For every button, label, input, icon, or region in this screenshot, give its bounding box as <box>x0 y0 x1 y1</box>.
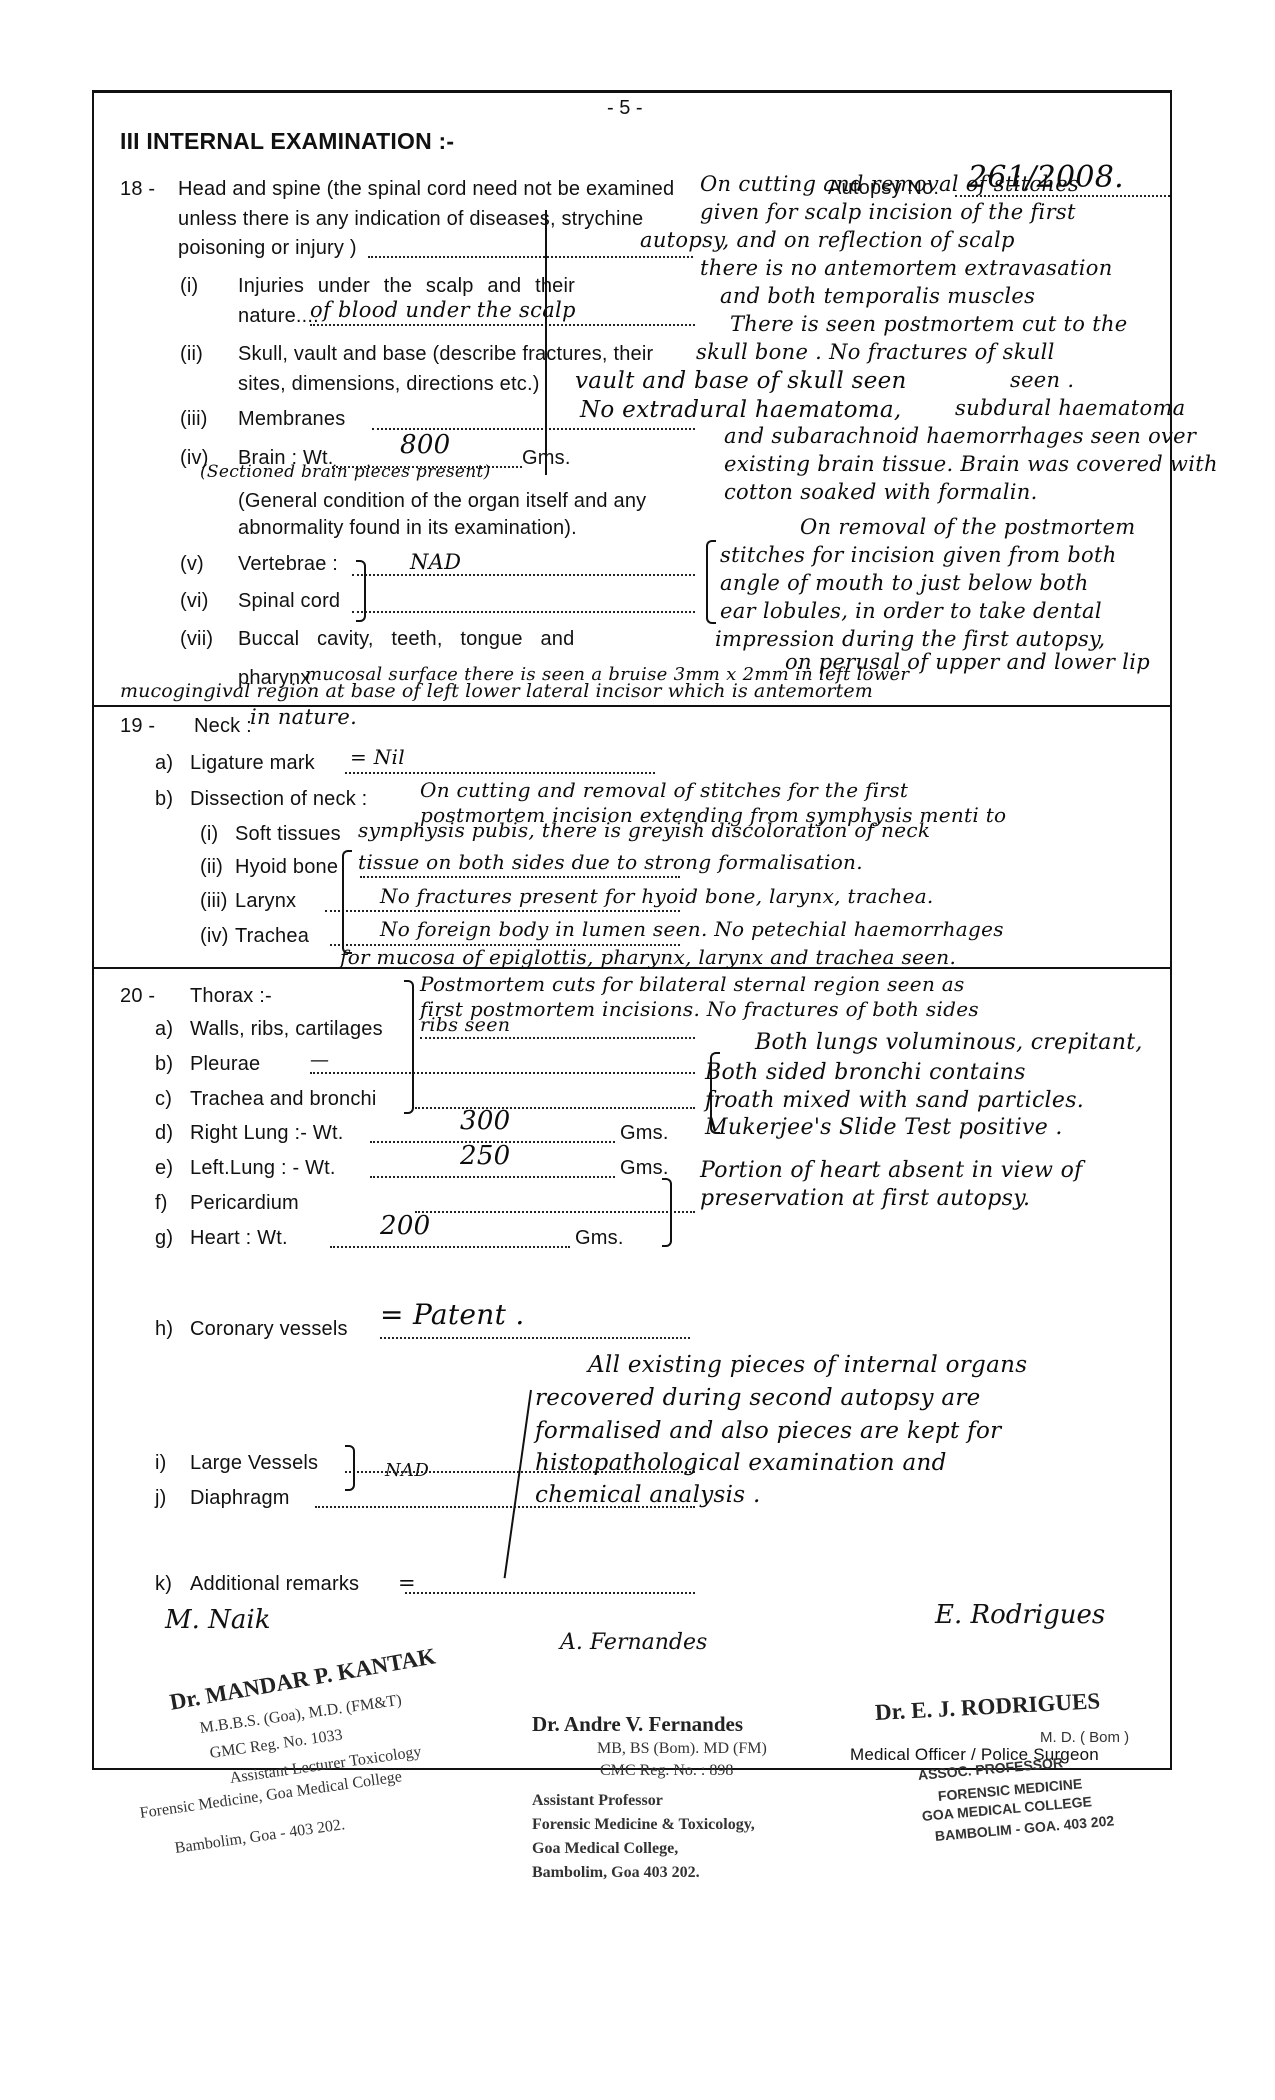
q18-title-line-2: unless there is any indication of diseas… <box>178 208 643 231</box>
q18-i-dots <box>310 324 695 326</box>
neck-item-label: Soft tissues <box>235 823 341 846</box>
stamp-line-fernandes: MB, BS (Bom). MD (FM) <box>597 1740 767 1758</box>
handwritten-line: ear lobules, in order to take dental <box>720 599 1102 623</box>
thorax-item-dots <box>310 1072 695 1074</box>
neck-item-label: Dissection of neck : <box>190 788 367 811</box>
q18-iii-roman: (iii) <box>180 408 208 431</box>
thorax-item-label: Pleurae <box>190 1053 260 1076</box>
thorax-item-letter: k) <box>155 1573 172 1596</box>
heart-bracket <box>662 1178 672 1247</box>
handwritten-line: mucogingival region at base of left lowe… <box>120 680 873 702</box>
handwritten-line: cotton soaked with formalin. <box>724 480 1038 504</box>
thorax-bracket <box>404 980 414 1114</box>
handwritten-line: On cutting and removal of stitches <box>700 172 1079 196</box>
thorax-item-label: Heart : Wt. <box>190 1227 288 1250</box>
thorax-item-label: Additional remarks <box>190 1573 359 1596</box>
thorax-item-letter: d) <box>155 1122 173 1145</box>
stamp-line-kantak: Bambolim, Goa - 403 202. <box>174 1816 346 1858</box>
thorax-note-line: Postmortem cuts for bilateral sternal re… <box>420 972 965 996</box>
remarks-note-line: formalised and also pieces are kept for <box>535 1418 1001 1444</box>
lungs-note-line: Both sided bronchi contains <box>705 1060 1026 1085</box>
thorax-item-value: — <box>310 1049 329 1071</box>
thorax-item-value: = Patent . <box>380 1298 525 1331</box>
thorax-item-label: Coronary vessels <box>190 1318 348 1341</box>
thorax-item-weight: 250 <box>460 1141 511 1171</box>
stamp-line-fernandes: CMC Reg. No. : 898 <box>600 1762 733 1780</box>
handwritten-line: in nature. <box>250 705 357 729</box>
handwritten-line: on perusal of upper and lower lip <box>785 650 1150 674</box>
thorax-item-letter: b) <box>155 1053 173 1076</box>
handwritten-line: and both temporalis muscles <box>720 284 1035 308</box>
nad-brace <box>356 560 366 622</box>
q18-vi-roman: (vi) <box>180 590 209 613</box>
neck-item-letter: (ii) <box>200 856 223 879</box>
page-number: - 5 - <box>607 97 643 120</box>
q18-v-dots <box>352 574 695 576</box>
neck-item-label: Larynx <box>235 890 296 913</box>
q18-iii-label: Membranes <box>238 408 345 431</box>
neck-item-letter: (iii) <box>200 890 228 913</box>
q18-vii-label-1: Buccal cavity, teeth, tongue and <box>238 628 574 651</box>
remarks-note-line: recovered during second autopsy are <box>535 1385 981 1411</box>
neck-item-letter: a) <box>155 752 173 775</box>
thorax-item-letter: c) <box>155 1088 172 1111</box>
thorax-item-dots <box>330 1246 570 1248</box>
neck-item-dots <box>345 772 655 774</box>
q18-ii-label-1: Skull, vault and base (describe fracture… <box>238 343 653 366</box>
q18-iv-label-2: (General condition of the organ itself a… <box>238 490 646 513</box>
thorax-item-label: Diaphragm <box>190 1487 290 1510</box>
neck-item-letter: (i) <box>200 823 218 846</box>
q18-ii-value: vault and base of skull seen <box>575 368 907 394</box>
thorax-item-label: Right Lung :- Wt. <box>190 1122 343 1145</box>
handwritten-line: existing brain tissue. Brain was covered… <box>724 452 1218 476</box>
thorax-item-label: Left.Lung : - Wt. <box>190 1157 336 1180</box>
stamp-line-fernandes: Goa Medical College, <box>532 1840 678 1858</box>
brain-weight: 800 <box>400 430 451 460</box>
thorax-item-letter: g) <box>155 1227 173 1250</box>
remarks-note-line: histopathological examination and <box>535 1450 947 1476</box>
q18-i-roman: (i) <box>180 275 198 298</box>
q18-v-roman: (v) <box>180 553 204 576</box>
section-title: III INTERNAL EXAMINATION :- <box>120 128 454 155</box>
neck-handwritten-line: for mucosa of epiglottis, pharynx, laryn… <box>340 945 956 969</box>
thorax-item-label: Walls, ribs, cartilages <box>190 1018 383 1041</box>
handwritten-line: seen . <box>1010 368 1074 392</box>
neck-item-dots <box>360 876 680 878</box>
handwritten-line: There is seen postmortem cut to the <box>730 312 1128 336</box>
q18-vii-roman: (vii) <box>180 628 213 651</box>
neck-item-value: No foreign body in lumen seen. No petech… <box>380 917 1004 941</box>
thorax-item-unit: Gms. <box>620 1157 669 1180</box>
thorax-note-line: first postmortem incisions. No fractures… <box>420 997 979 1021</box>
thorax-item-weight: 200 <box>380 1211 431 1241</box>
handwritten-line: impression during the first autopsy, <box>715 627 1105 651</box>
handwritten-line: On removal of the postmortem <box>800 515 1135 539</box>
handwritten-line: angle of mouth to just below both <box>720 571 1089 595</box>
vessels-bracket <box>345 1445 355 1491</box>
handwritten-line: there is no antemortem extravasation <box>700 256 1113 280</box>
heart-note-line: Portion of heart absent in view of <box>700 1158 1083 1183</box>
handwritten-line: subdural haematoma <box>955 396 1185 420</box>
q18-i-label-2: nature.... <box>238 305 319 328</box>
signature-rodrigues: E. Rodrigues <box>935 1600 1105 1630</box>
heart-note-line: preservation at first autopsy. <box>700 1186 1030 1211</box>
neck-item-letter: b) <box>155 788 173 811</box>
q18-number: 18 - <box>120 178 155 201</box>
q18-i-label-1: Injuries under the scalp and their <box>238 275 575 298</box>
annotation-bracket-line <box>545 210 547 475</box>
q19-number: 19 - <box>120 715 155 738</box>
q18-dots <box>368 256 693 258</box>
thorax-item-dots <box>415 1211 695 1213</box>
neck-item-label: Hyoid bone <box>235 856 338 879</box>
thorax-item-letter: f) <box>155 1192 168 1215</box>
q18-iv-label-3: abnormality found in its examination). <box>238 517 577 540</box>
stamp-name-fernandes: Dr. Andre V. Fernandes <box>532 1712 743 1737</box>
q19-title: Neck : <box>194 715 252 738</box>
neck-item-value: = Nil <box>350 745 405 769</box>
q18-iii-value: No extradural haematoma, <box>580 397 902 423</box>
q20-title: Thorax :- <box>190 985 272 1008</box>
thorax-item-weight: 300 <box>460 1106 511 1136</box>
thorax-item-letter: j) <box>155 1487 167 1510</box>
thorax-item-dots <box>370 1176 615 1178</box>
stamp-line-fernandes: Bambolim, Goa 403 202. <box>532 1864 700 1882</box>
thorax-item-letter: e) <box>155 1157 173 1180</box>
handwritten-line: stitches for incision given from both <box>720 543 1117 567</box>
q18-ii-roman: (ii) <box>180 343 203 366</box>
q18-ii-label-2: sites, dimensions, directions etc.) <box>238 373 540 396</box>
neck-item-value: tissue on both sides due to strong forma… <box>358 850 863 874</box>
stamp-line-rodrigues: M. D. ( Bom ) <box>1040 1729 1129 1746</box>
thorax-item-dots <box>415 1107 695 1109</box>
vertebrae-value: NAD <box>410 550 461 574</box>
thorax-item-letter: a) <box>155 1018 173 1041</box>
thorax-item-letter: i) <box>155 1452 167 1475</box>
handwritten-line: autopsy, and on reflection of scalp <box>640 228 1015 252</box>
neck-item-value: No fractures present for hyoid bone, lar… <box>380 884 934 908</box>
remarks-note-line: All existing pieces of internal organs <box>588 1352 1027 1378</box>
q20-number: 20 - <box>120 985 155 1008</box>
handwritten-line: skull bone . No fractures of skull <box>696 340 1055 364</box>
lungs-note-line: froath mixed with sand particles. <box>705 1088 1084 1113</box>
q18-vi-dots <box>352 611 695 613</box>
q18-title-line-3: poisoning or injury ) <box>178 237 357 260</box>
neck-handwritten-line: postmortem incision extending from symph… <box>420 803 1006 827</box>
stamp-line-fernandes: Assistant Professor <box>532 1792 663 1810</box>
handwritten-line: and subarachnoid haemorrhages seen over <box>724 424 1196 448</box>
stamp-line-fernandes: Forensic Medicine & Toxicology, <box>532 1816 755 1834</box>
thorax-item-label: Pericardium <box>190 1192 299 1215</box>
neck-item-letter: (iv) <box>200 925 229 948</box>
thorax-item-label: Trachea and bronchi <box>190 1088 377 1111</box>
thorax-item-dots <box>420 1037 695 1039</box>
handwritten-line: given for scalp incision of the first <box>700 200 1076 224</box>
lungs-note-line: Mukerjee's Slide Test positive . <box>705 1115 1063 1140</box>
neck-item-value: On cutting and removal of stitches for t… <box>420 778 908 802</box>
mouth-bracket <box>706 540 716 624</box>
thorax-item-letter: h) <box>155 1318 173 1341</box>
remarks-note-line: chemical analysis . <box>535 1482 761 1508</box>
thorax-item-dots <box>380 1337 690 1339</box>
neck-item-label: Ligature mark <box>190 752 315 775</box>
q18-i-value: of blood under the scalp <box>310 298 576 322</box>
thorax-item-dots <box>405 1592 695 1594</box>
signature-fernandes: A. Fernandes <box>560 1630 707 1655</box>
q18-title-line-1: Head and spine (the spinal cord need not… <box>178 178 674 201</box>
brain-note: (Sectioned brain pieces present) <box>200 462 491 482</box>
thorax-item-label: Large Vessels <box>190 1452 318 1475</box>
neck-item-dots <box>325 910 680 912</box>
thorax-item-unit: Gms. <box>575 1227 624 1250</box>
q18-vi-label: Spinal cord <box>238 590 340 613</box>
neck-item-label: Trachea <box>235 925 309 948</box>
thorax-item-unit: Gms. <box>620 1122 669 1145</box>
lungs-note-line: Both lungs voluminous, crepitant, <box>755 1030 1143 1055</box>
neck-bracket <box>342 850 352 954</box>
q18-v-label: Vertebrae : <box>238 553 338 576</box>
signature-kantak: M. Naik <box>165 1605 270 1635</box>
